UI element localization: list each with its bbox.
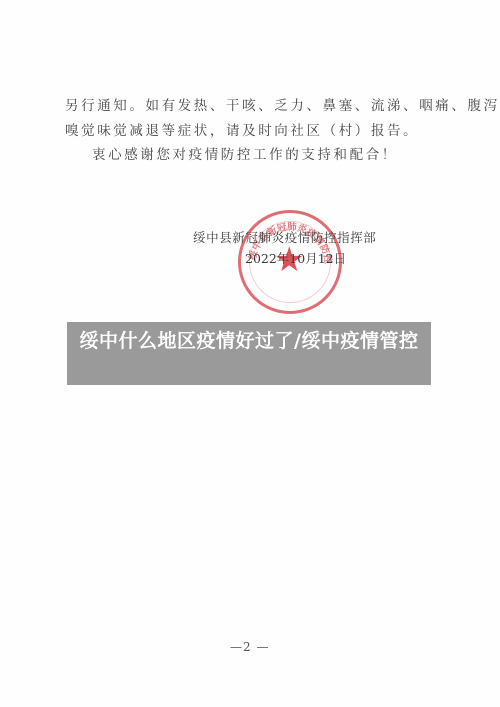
title-overlay-banner: 绥中什么地区疫情好过了/绥中疫情管控 [67,322,431,385]
page-number: —2 — [230,640,269,654]
overlay-title: 绥中什么地区疫情好过了/绥中疫情管控 [77,330,421,353]
document-page: 另行通知。如有发热、干咳、乏力、鼻塞、流涕、咽痛、腹泻、 嗅觉味觉减退等症状，请… [0,0,500,707]
body-text-line: 嗅觉味觉减退等症状，请及时向社区（村）报告。 [65,119,419,139]
signature-organization: 绥中县新冠肺炎疫情防控指挥部 [193,228,376,246]
body-text-line: 另行通知。如有发热、干咳、乏力、鼻塞、流涕、咽痛、腹泻、 [65,94,500,114]
body-text-line: 衷心感谢您对疫情防控工作的支持和配合！ [92,143,398,163]
signature-date: 2022年10月12日 [245,249,346,267]
